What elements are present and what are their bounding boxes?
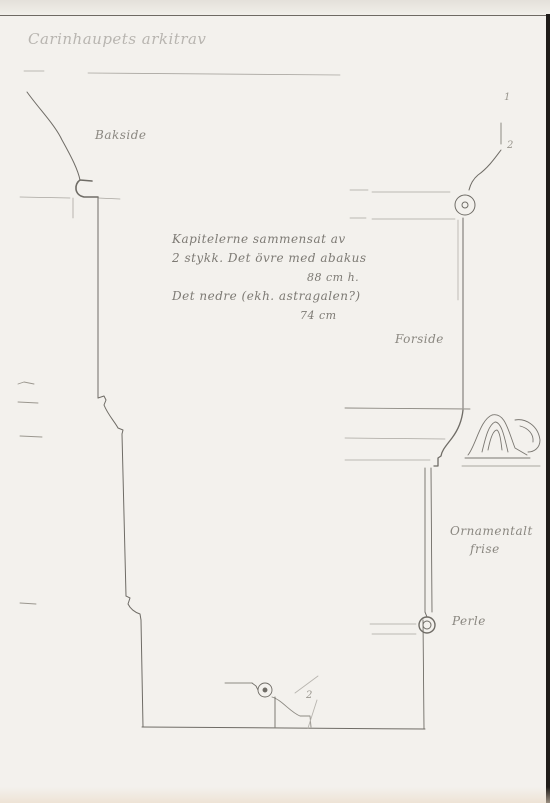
ornament-palmette bbox=[462, 415, 540, 466]
mark-bottom: 2 bbox=[306, 690, 313, 701]
sketchbook-page: Carinhaupets arkitrav Bakside Kapitelern… bbox=[0, 0, 550, 803]
note-line-4: Det nedre (ekh. astragalen?) bbox=[172, 287, 367, 306]
sheet-title: Carinhaupets arkitrav bbox=[28, 30, 206, 48]
mark-top-right-1: 2 bbox=[507, 140, 514, 151]
label-front-side: Forside bbox=[395, 332, 444, 346]
front-side-profile bbox=[455, 123, 501, 408]
note-line-2: 2 stykk. Det övre med abakus bbox=[172, 249, 367, 268]
mark-top-right-2: 1 bbox=[504, 92, 511, 103]
label-back-side: Bakside bbox=[95, 128, 147, 142]
capital-notes: Kapitelerne sammensat av 2 stykk. Det öv… bbox=[172, 230, 367, 325]
label-ornament-frieze: Ornamentalt frise bbox=[450, 522, 533, 558]
back-side-profile bbox=[27, 92, 143, 727]
echinus-profile bbox=[345, 408, 470, 612]
base-line bbox=[142, 727, 425, 729]
note-line-5: 74 cm bbox=[172, 306, 367, 325]
pencil-drawing-capital-profile bbox=[0, 0, 550, 803]
note-line-1: Kapitelerne sammensat av bbox=[172, 230, 367, 249]
left-margin-ticks bbox=[18, 382, 42, 604]
bottom-bead-detail bbox=[225, 676, 318, 728]
pearl-bead bbox=[370, 612, 435, 634]
note-line-3: 88 cm h. bbox=[172, 268, 367, 287]
label-pearl: Perle bbox=[452, 614, 486, 628]
label-ornament-line2: frise bbox=[450, 540, 533, 558]
label-ornament-line1: Ornamentalt bbox=[450, 524, 533, 538]
